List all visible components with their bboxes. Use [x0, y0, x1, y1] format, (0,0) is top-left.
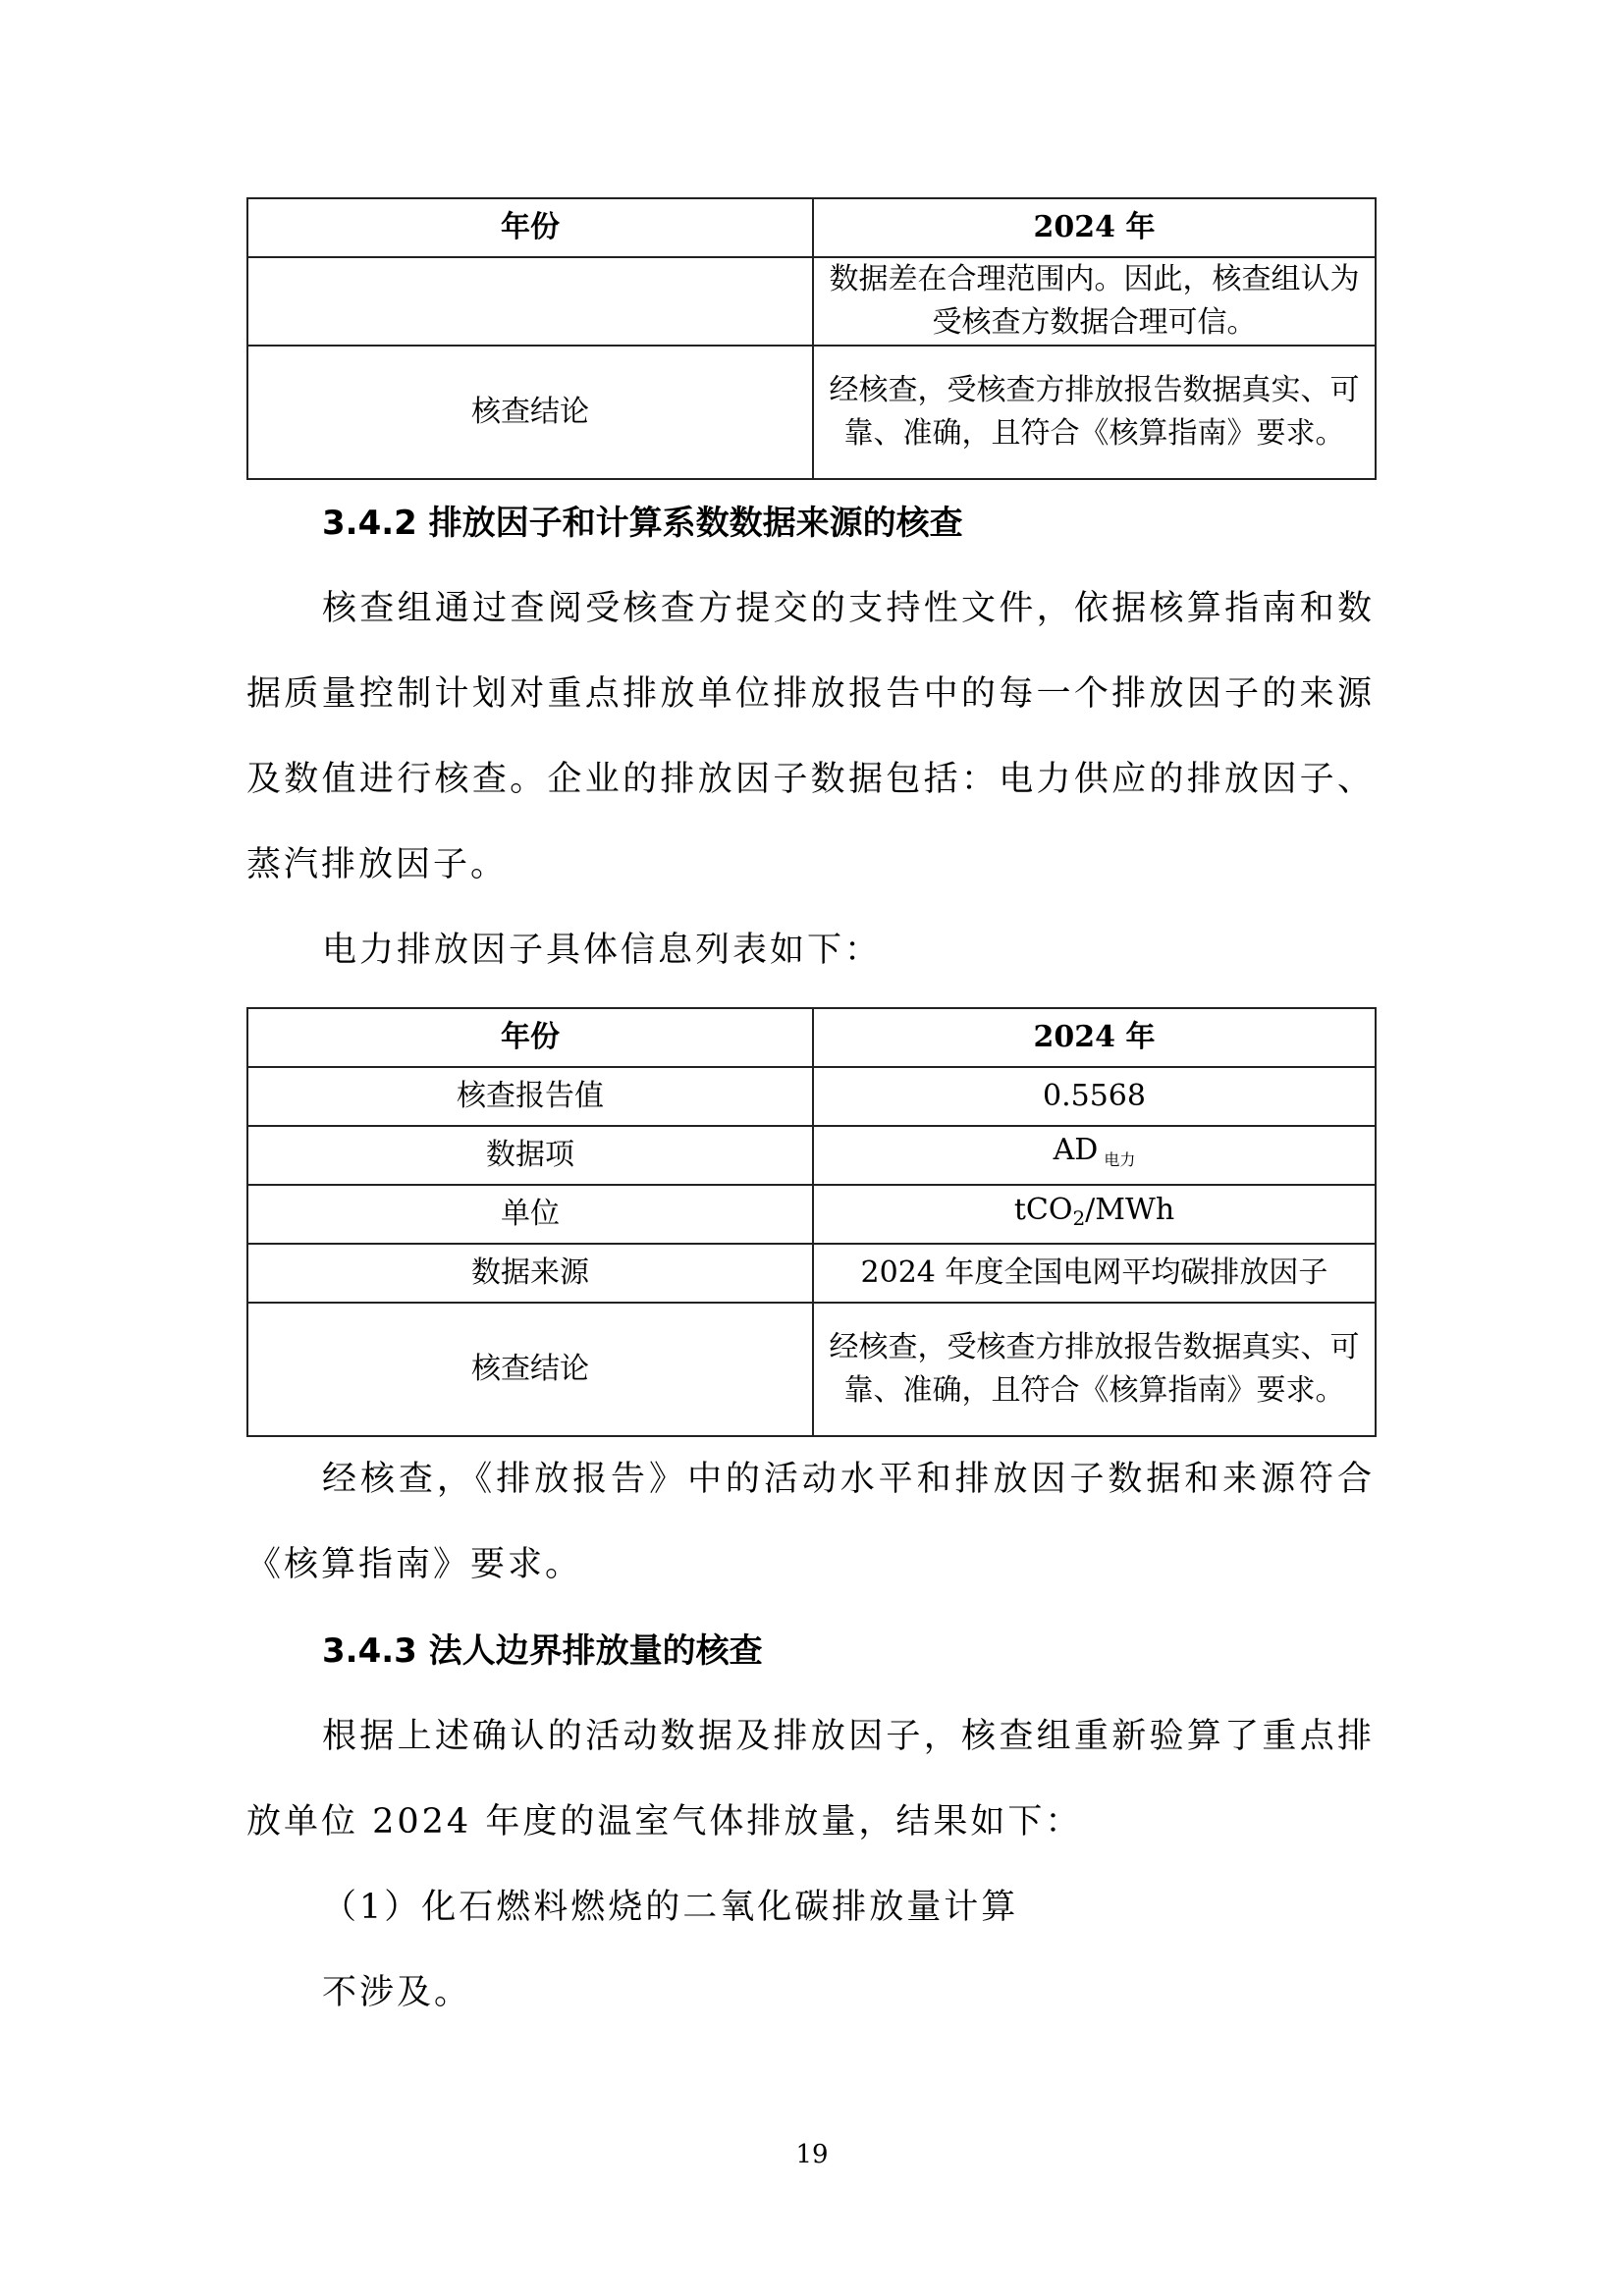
table-row: 核查报告值 0.5568 [247, 1067, 1376, 1126]
electricity-emission-factor-table: 年份 2024 年 核查报告值 0.5568 数据项 AD电力 单位 tCO2/… [246, 1007, 1377, 1437]
unit-prefix: tCO [1014, 1193, 1073, 1227]
header-year-label: 年份 [247, 1008, 813, 1067]
data-item-value: AD [1054, 1133, 1099, 1167]
table-header-row: 年份 2024 年 [247, 198, 1376, 257]
table-row: 数据来源 2024 年度全国电网平均碳排放因子 [247, 1244, 1376, 1303]
table-row: 单位 tCO2/MWh [247, 1185, 1376, 1244]
data-item-subscript: 电力 [1104, 1150, 1135, 1169]
section-paragraph: 根据上述确认的活动数据及排放因子，核查组重新验算了重点排放单位 2024 年度的… [246, 1694, 1375, 1865]
item-body: 不涉及。 [246, 1950, 1375, 2036]
unit-subscript: 2 [1072, 1206, 1085, 1230]
header-year-value: 2024 年 [813, 198, 1376, 257]
row-label: 核查结论 [247, 1303, 813, 1436]
header-year-value: 2024 年 [813, 1008, 1376, 1067]
row-label: 数据来源 [247, 1244, 813, 1303]
row-value: 经核查，受核查方排放报告数据真实、可靠、准确，且符合《核算指南》要求。 [813, 346, 1376, 479]
row-label [247, 257, 813, 346]
section-heading-3-4-2: 3.4.2 排放因子和计算系数数据来源的核查 [246, 480, 1375, 566]
table-header-row: 年份 2024 年 [247, 1008, 1376, 1067]
row-value: 数据差在合理范围内。因此，核查组认为受核查方数据合理可信。 [813, 257, 1376, 346]
table-row: 核查结论 经核查，受核查方排放报告数据真实、可靠、准确，且符合《核算指南》要求。 [247, 1303, 1376, 1436]
header-year-label: 年份 [247, 198, 813, 257]
table-row: 核查结论 经核查，受核查方排放报告数据真实、可靠、准确，且符合《核算指南》要求。 [247, 346, 1376, 479]
row-value: AD电力 [813, 1126, 1376, 1185]
unit-suffix: /MWh [1085, 1193, 1174, 1227]
row-label: 核查结论 [247, 346, 813, 479]
table-caption: 电力排放因子具体信息列表如下： [246, 908, 1375, 993]
section-heading-3-4-3: 3.4.3 法人边界排放量的核查 [246, 1608, 1375, 1694]
row-value: 经核查，受核查方排放报告数据真实、可靠、准确，且符合《核算指南》要求。 [813, 1303, 1376, 1436]
row-value: tCO2/MWh [813, 1185, 1376, 1244]
verification-table-continued: 年份 2024 年 数据差在合理范围内。因此，核查组认为受核查方数据合理可信。 … [246, 197, 1377, 480]
item-title: （1）化石燃料燃烧的二氧化碳排放量计算 [246, 1865, 1375, 1950]
table-row: 数据差在合理范围内。因此，核查组认为受核查方数据合理可信。 [247, 257, 1376, 346]
conclusion-paragraph: 经核查，《排放报告》中的活动水平和排放因子数据和来源符合《核算指南》要求。 [246, 1437, 1375, 1608]
section-paragraph: 核查组通过查阅受核查方提交的支持性文件，依据核算指南和数据质量控制计划对重点排放… [246, 566, 1375, 908]
row-label: 核查报告值 [247, 1067, 813, 1126]
row-value: 0.5568 [813, 1067, 1376, 1126]
row-value: 2024 年度全国电网平均碳排放因子 [813, 1244, 1376, 1303]
row-label: 数据项 [247, 1126, 813, 1185]
table-row: 数据项 AD电力 [247, 1126, 1376, 1185]
row-label: 单位 [247, 1185, 813, 1244]
page-number: 19 [0, 2140, 1624, 2169]
document-page: 年份 2024 年 数据差在合理范围内。因此，核查组认为受核查方数据合理可信。 … [246, 197, 1375, 2036]
